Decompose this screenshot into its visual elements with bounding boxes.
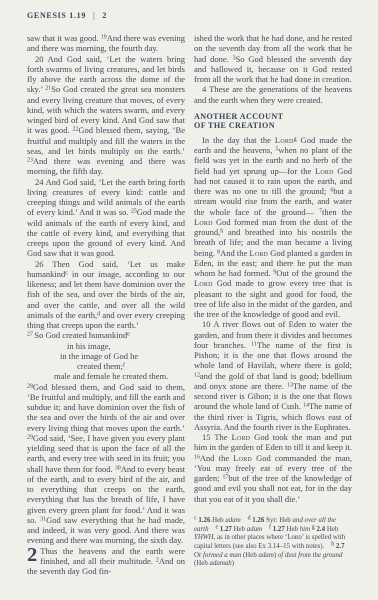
bible-page: GENESIS 1.19|2 saw that it was good. 19A… (0, 0, 378, 576)
divine-name: Lord (249, 248, 268, 258)
poetry-line: male and female he created them. (27, 371, 185, 381)
verse-paragraph: 20 And God said, ‘Let the waters bring f… (27, 54, 185, 177)
verse-paragraph: 10 A river flows out of Eden to water th… (194, 319, 352, 432)
left-column: saw that it was good. 19And there was ev… (27, 33, 185, 576)
running-head-separator: | (93, 11, 95, 20)
verse-number: 28 (27, 383, 33, 389)
divine-name: Lord (233, 453, 252, 463)
verse-number: g (294, 137, 297, 143)
chapter-number: 2 (27, 547, 37, 565)
verse-paragraph: ished the work that he had done, and he … (194, 33, 352, 84)
running-head-reference: GENESIS 1.19 (27, 11, 86, 20)
verse-number: 2 (156, 557, 159, 563)
verse-paragraph: 28God blessed them, and God said to them… (27, 382, 185, 546)
verse-number: 12 (194, 372, 200, 378)
section-heading-line: OF THE CREATION (194, 121, 352, 131)
footnotes-block: c 1.26 Heb adam d 1.26 Syr: Heb and over… (194, 517, 352, 569)
verse-number: 30 (115, 465, 121, 471)
poetry-block: 27 So God created humankindein his image… (27, 330, 185, 381)
chapter-text: Thus the heavens and the earth were fini… (27, 546, 185, 577)
verse-number: 16 (194, 454, 200, 460)
verse-number: d (97, 311, 100, 317)
verse-paragraph: 15 The Lord God took the man and put him… (194, 432, 352, 504)
verse-number: f (123, 363, 125, 369)
chapter-paragraph: 2Thus the heavens and the earth were fin… (27, 546, 185, 577)
page-number: 2 (102, 11, 107, 20)
verse-number: 23 (27, 158, 33, 164)
verse-number: f (269, 524, 271, 530)
verse-number: 8 (217, 249, 220, 255)
verse-number: e (127, 332, 130, 338)
verse-number: d (248, 516, 251, 522)
verse-number: e (215, 524, 218, 530)
section-heading: ANOTHER ACCOUNTOF THE CREATION (194, 112, 352, 131)
verse-number: h (331, 542, 334, 548)
poetry-line: 27 So God created humankinde (27, 330, 185, 340)
verse-number: 17 (222, 475, 228, 481)
poetry-line: created them;f (27, 361, 185, 371)
section-heading-line: ANOTHER ACCOUNT (194, 112, 352, 122)
verse-number: 25 (131, 209, 137, 215)
verse-number: 29 (27, 434, 33, 440)
verse-number: 27 (27, 332, 34, 338)
divine-name: Lord (232, 432, 251, 442)
verse-number: 21 (45, 86, 51, 92)
verse-number: 14 (303, 403, 309, 409)
poetry-line: in his image, (27, 341, 185, 351)
verse-number: 7 (319, 208, 322, 214)
divine-name: Lord (315, 166, 334, 176)
text-columns: saw that it was good. 19And there was ev… (27, 33, 353, 576)
verse-number: 5 (275, 147, 278, 153)
right-column: ished the work that he had done, and he … (194, 33, 352, 576)
verse-number: 3 (233, 55, 236, 61)
verse-number: 6 (330, 188, 333, 194)
verse-number: c (194, 516, 197, 522)
verse-number: h (220, 229, 223, 235)
divine-name: Lord (275, 135, 294, 145)
verse-paragraph: saw that it was good. 19And there was ev… (27, 33, 185, 54)
poetry-line: in the image of God he (27, 351, 185, 361)
running-head: GENESIS 1.19|2 (27, 11, 353, 20)
verse-number: g (312, 524, 315, 530)
divine-name: Lord (194, 278, 213, 288)
verse-number: c (65, 270, 68, 276)
verse-paragraph: In the day that the Lordg God made the e… (194, 135, 352, 320)
verse-number: 22 (73, 127, 79, 133)
verse-number: 31 (40, 516, 46, 522)
verse-number: 19 (101, 35, 107, 41)
verse-number: 11 (251, 342, 257, 348)
verse-number: 13 (287, 383, 293, 389)
divine-name: Lord (194, 217, 213, 227)
verse-paragraph: 24 And God said, ‘Let the earth bring fo… (27, 177, 185, 259)
verse-paragraph: 26 Then God said, ‘Let us make humankind… (27, 259, 185, 331)
verse-paragraph: 4 These are the generations of the heave… (194, 84, 352, 105)
verse-number: 9 (273, 270, 276, 276)
